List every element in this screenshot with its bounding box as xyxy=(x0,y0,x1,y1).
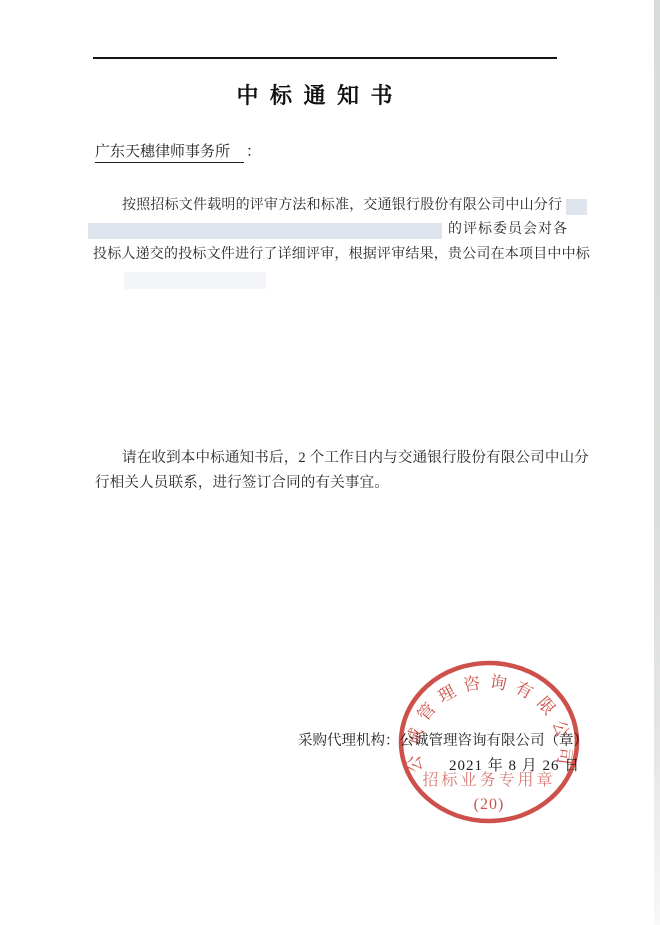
redaction-box-faint xyxy=(124,272,266,289)
paragraph1-line2-text: 的评标委员会对各 xyxy=(448,222,568,237)
paragraph1-line3: 投标人递交的投标文件进行了详细评审，根据评审结果，贵公司在本项目中中标 xyxy=(93,243,590,263)
redaction-box-long xyxy=(88,223,442,239)
recipient-line: 广东天穗律师事务所： xyxy=(95,140,261,163)
document-title: 中 标 通 知 书 xyxy=(0,79,632,110)
scan-edge-shadow xyxy=(654,0,660,925)
paragraph1-line2: 的评标委员会对各 xyxy=(88,218,568,238)
paragraph2-line2: 行相关人员联系，进行签订合同的有关事宜。 xyxy=(95,471,389,492)
seal-number-text: (20) xyxy=(474,796,505,813)
company-seal-stamp: 公诚管理咨询有限公司 招标业务专用章 (20) xyxy=(389,652,591,832)
seal-middle-text: 招标业务专用章 xyxy=(422,770,555,789)
recipient-name: 广东天穗律师事务所 xyxy=(95,140,244,163)
redaction-box-small xyxy=(566,199,587,215)
paragraph1-line1: 按照招标文件载明的评审方法和标准，交通银行股份有限公司中山分行 xyxy=(122,194,587,214)
paragraph1-line1-text: 按照招标文件载明的评审方法和标准，交通银行股份有限公司中山分行 xyxy=(122,198,562,213)
header-rule xyxy=(93,57,557,59)
recipient-colon: ： xyxy=(246,144,261,160)
seal-arc-text: 公诚管理咨询有限公司 xyxy=(403,672,575,773)
document-page: 中 标 通 知 书 广东天穗律师事务所： 按照招标文件载明的评审方法和标准，交通… xyxy=(0,0,660,925)
paragraph2-line1: 请在收到本中标通知书后，2 个工作日内与交通银行股份有限公司中山分 xyxy=(122,446,589,467)
